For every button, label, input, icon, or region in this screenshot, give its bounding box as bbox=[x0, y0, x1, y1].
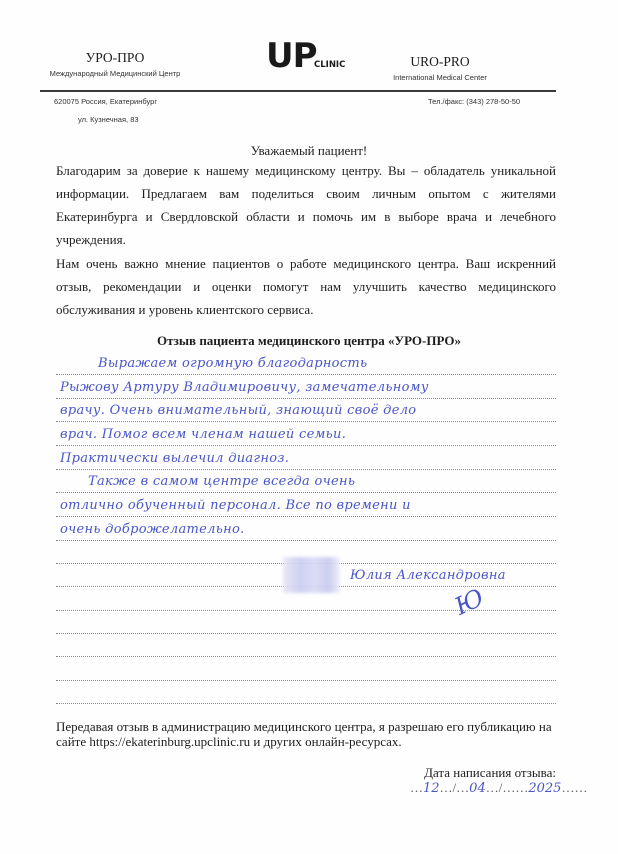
intro-paragraph: Благодарим за доверие к нашему медицинск… bbox=[56, 159, 556, 251]
phone-fax: Тел./факс: (343) 278-50-50 bbox=[428, 97, 520, 106]
handwritten-line: Выражаем огромную благодарность bbox=[98, 356, 367, 371]
form-title: Отзыв пациента медицинского центра «УРО-… bbox=[0, 333, 618, 349]
form-line bbox=[56, 421, 556, 422]
feedback-paragraph: Нам очень важно мнение пациентов о работ… bbox=[56, 252, 556, 321]
handwritten-line: врачу. Очень внимательный, знающий своё … bbox=[60, 403, 416, 418]
clinic-name-ru: УРО-ПРО bbox=[0, 50, 230, 66]
form-line bbox=[56, 633, 556, 634]
form-line bbox=[56, 680, 556, 681]
handwritten-line: отлично обученный персонал. Все по време… bbox=[60, 498, 411, 513]
signature-mark: Ю bbox=[450, 583, 488, 620]
form-line bbox=[56, 445, 556, 446]
form-line bbox=[56, 398, 556, 399]
signature-name: Юлия Александровна bbox=[350, 568, 506, 583]
handwritten-line: Также в самом центре всегда очень bbox=[88, 474, 355, 489]
publication-consent: Передавая отзыв в администрацию медицинс… bbox=[56, 719, 576, 749]
handwritten-line: врач. Помог всем членам нашей семьи. bbox=[60, 427, 346, 442]
handwritten-line: очень доброжелательно. bbox=[60, 522, 245, 537]
clinic-name-en: URO-PRO bbox=[370, 54, 510, 70]
address-city: 620075 Россия, Екатеринбург bbox=[54, 97, 157, 106]
form-line bbox=[56, 656, 556, 657]
form-line bbox=[56, 703, 556, 704]
clinic-subtitle-en: International Medical Center bbox=[360, 73, 520, 82]
clinic-subtitle-ru: Международный Медицинский Центр bbox=[0, 69, 230, 78]
handwritten-line: Практически вылечил диагноз. bbox=[60, 451, 289, 466]
header-divider bbox=[40, 90, 556, 92]
logo-up: UP bbox=[266, 36, 317, 76]
form-line bbox=[56, 469, 556, 470]
date-label: Дата написания отзыва: bbox=[380, 765, 556, 781]
logo-clinic: CLINIC bbox=[314, 60, 345, 70]
date-month: 04 bbox=[469, 781, 486, 796]
form-line bbox=[56, 516, 556, 517]
handwritten-line: Рыжову Артуру Владимировичу, замечательн… bbox=[60, 380, 429, 395]
date-year: 2025 bbox=[528, 781, 561, 796]
review-date: …12…/…04…/……2025…… bbox=[410, 780, 556, 796]
date-day: 12 bbox=[423, 781, 440, 796]
address-street: ул. Кузнечная, 83 bbox=[78, 115, 139, 124]
form-line bbox=[56, 374, 556, 375]
greeting: Уважаемый пациент! bbox=[0, 143, 618, 159]
form-line bbox=[56, 492, 556, 493]
form-line bbox=[56, 540, 556, 541]
redacted-surname bbox=[283, 557, 340, 593]
